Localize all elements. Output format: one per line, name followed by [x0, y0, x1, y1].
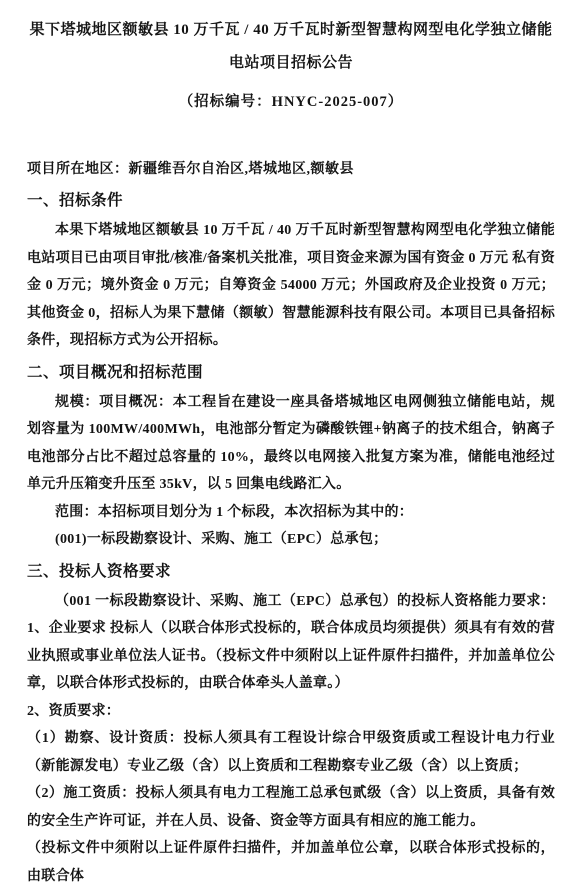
section-3-paragraph-construction: （2）施工资质：投标人须具有电力工程施工总承包贰级（含）以上资质，具备有效的安全…	[27, 780, 555, 835]
section-2-paragraph-scope: 范围：本招标项目划分为 1 个标段，本次招标为其中的：	[27, 499, 555, 527]
project-location-line: 项目所在地区：新疆维吾尔自治区,塔城地区,额敏县	[27, 156, 555, 183]
section-3-paragraph-survey-design: （1）勘察、设计资质：投标人须具有工程设计综合甲级资质或工程设计电力行业（新能源…	[27, 725, 555, 780]
document-title: 果下塔城地区额敏县 10 万千瓦 / 40 万千瓦时新型智慧构网型电化学独立储能…	[29, 14, 553, 80]
section-2-heading: 二、项目概况和招标范围	[27, 359, 555, 386]
section-3-heading: 三、投标人资格要求	[27, 558, 555, 585]
tender-announcement-page: 果下塔城地区额敏县 10 万千瓦 / 40 万千瓦时新型智慧构网型电化学独立储能…	[0, 0, 582, 885]
section-2-paragraph-lot: (001)一标段勘察设计、采购、施工（EPC）总承包；	[27, 526, 555, 554]
section-3-paragraph-enterprise-req: （001 一标段勘察设计、采购、施工（EPC）总承包）的投标人资格能力要求：1、…	[27, 588, 555, 698]
section-3-paragraph-qualification-label: 2、资质要求：	[27, 698, 555, 726]
section-3-paragraph-scan-note: （投标文件中须附以上证件原件扫描件，并加盖单位公章，以联合体形式投标的，由联合体	[27, 835, 555, 885]
section-1-heading: 一、招标条件	[27, 187, 555, 214]
tender-number: （招标编号：HNYC-2025-007）	[27, 88, 555, 116]
section-1-paragraph-1: 本果下塔城地区额敏县 10 万千瓦 / 40 万千瓦时新型智慧构网型电化学独立储…	[27, 217, 555, 355]
section-2-paragraph-scale: 规模：项目概况：本工程旨在建设一座具备塔城地区电网侧独立储能电站，规划容量为 1…	[27, 389, 555, 499]
